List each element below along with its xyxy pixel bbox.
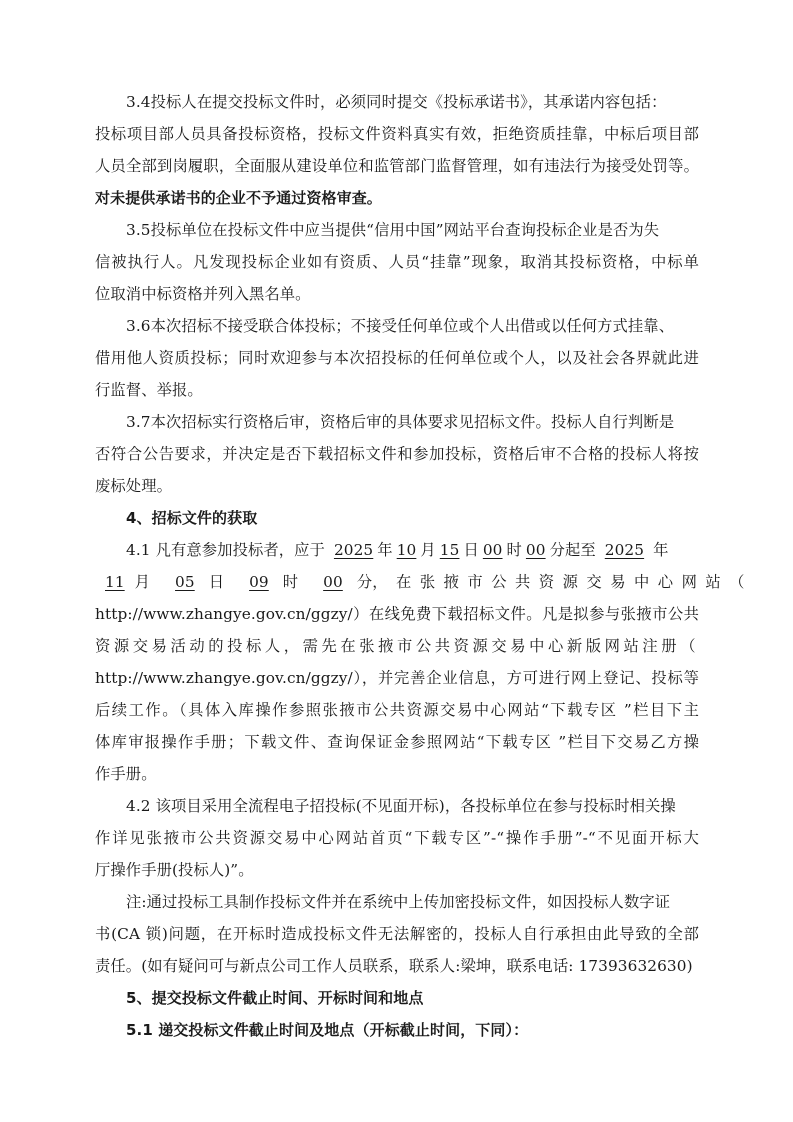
para-4-1-line-4: 资源交易活动的投标人，需先在张掖市公共资源交易中心新版网站注册（ <box>95 630 699 662</box>
minute-label-from: 分起至 <box>550 541 596 559</box>
para-4-1-line-6: 后续工作。（具体入库操作参照张掖市公共资源交易中心网站“下载专区 ”栏目下主 <box>95 694 699 726</box>
para-3-4-line-3: 人员全部到岗履职，全面服从建设单位和监管部门监督管理，如有违法行为接受处罚等。 <box>95 150 699 182</box>
para-4-2-line-2: 作详见张掖市公共资源交易中心网站首页“下载专区”-“操作手册”-“不见面开标大 <box>95 822 699 854</box>
para-3-6-line-3: 行监督、举报。 <box>95 374 699 406</box>
document-page: 3.4投标人在提交投标文件时，必须同时提交《投标承诺书》，其承诺内容包括： 投标… <box>95 86 699 1046</box>
section-4-heading: 4、招标文件的获取 <box>95 502 699 534</box>
month-label: 月 <box>420 541 435 559</box>
end-day: 05 <box>161 573 209 591</box>
para-3-6-line-1: 3.6本次招标不接受联合体投标；不接受任何单位或个人出借或以任何方式挂靠、 <box>95 310 699 342</box>
para-3-5-line-1: 3.5投标单位在投标文件中应当提供“信用中国”网站平台查询投标企业是否为失 <box>95 214 699 246</box>
para-3-7-line-3: 废标处理。 <box>95 470 699 502</box>
para-4-1-line-2: 11月 05日 09时 00分，在张掖市公共资源交易中心网站（ <box>95 566 699 598</box>
para-4-1-line-3: http://www.zhangye.gov.cn/ggzy/）在线免费下载招标… <box>95 598 699 630</box>
start-year: 2025 <box>330 541 377 559</box>
start-hour: 00 <box>479 541 507 559</box>
start-minute: 00 <box>522 541 550 559</box>
para-4-1-line-1: 4.1 凡有意参加投标者，应于 2025年10月15日00时00分起至 2025… <box>95 534 699 566</box>
start-day: 15 <box>436 541 464 559</box>
minute-label: 分 <box>357 573 372 591</box>
para-4-1-line-5: http://www.zhangye.gov.cn/ggzy/），并完善企业信息… <box>95 662 699 694</box>
month-label-2: 月 <box>135 573 150 591</box>
section-5-heading: 5、提交投标文件截止时间、开标时间和地点 <box>95 982 699 1014</box>
note-line-2: 书(CA 锁)问题，在开标时造成投标文件无法解密的，投标人自行承担由此导致的全部 <box>95 918 699 950</box>
year-label-2: 年 <box>653 541 668 559</box>
end-year: 2025 <box>601 541 648 559</box>
section-5-1-heading: 5.1 递交投标文件截止时间及地点（开标截止时间，下同）： <box>95 1014 699 1046</box>
para-3-7-line-2: 否符合公告要求，并决定是否下载招标文件和参加投标，资格后审不合格的投标人将按 <box>95 438 699 470</box>
para-3-4-line-2: 投标项目部人员具备投标资格，投标文件资料真实有效，拒绝资质挂靠，中标后项目部 <box>95 118 699 150</box>
para-3-5-line-3: 位取消中标资格并列入黑名单。 <box>95 278 699 310</box>
para-3-4-bold-note: 对未提供承诺书的企业不予通过资格审查。 <box>95 182 699 214</box>
end-minute: 00 <box>309 573 357 591</box>
para-3-5-line-2: 信被执行人。凡发现投标企业如有资质、人员“挂靠”现象，取消其投标资格，中标单 <box>95 246 699 278</box>
day-label: 日 <box>463 541 478 559</box>
end-hour: 09 <box>235 573 283 591</box>
para-4-1-line-7: 体库审报操作手册；下载文件、查询保证金参照网站“下载专区 ”栏目下交易乙方操 <box>95 726 699 758</box>
para-4-1-line-2-tail: ，在张掖市公共资源交易中心网站（ <box>372 573 753 591</box>
para-3-4-line-1: 3.4投标人在提交投标文件时，必须同时提交《投标承诺书》，其承诺内容包括： <box>95 86 699 118</box>
para-3-7-line-1: 3.7本次招标实行资格后审，资格后审的具体要求见招标文件。投标人自行判断是 <box>95 406 699 438</box>
start-month: 10 <box>393 541 421 559</box>
note-line-3: 责任。(如有疑问可与新点公司工作人员联系，联系人:梁坤，联系电话: 173936… <box>95 950 699 982</box>
para-4-2-line-3: 厅操作手册(投标人)”。 <box>95 854 699 886</box>
hour-label-2: 时 <box>283 573 298 591</box>
para-4-1-prefix: 4.1 凡有意参加投标者，应于 <box>126 541 325 559</box>
note-line-1: 注:通过投标工具制作投标文件并在系统中上传加密投标文件，如因投标人数字证 <box>95 886 699 918</box>
hour-label: 时 <box>507 541 522 559</box>
para-3-6-line-2: 借用他人资质投标；同时欢迎参与本次招投标的任何单位或个人，以及社会各界就此进 <box>95 342 699 374</box>
end-month: 11 <box>95 573 135 591</box>
year-label: 年 <box>377 541 392 559</box>
para-4-1-line-8: 作手册。 <box>95 758 699 790</box>
day-label-2: 日 <box>209 573 224 591</box>
para-4-2-line-1: 4.2 该项目采用全流程电子招投标(不见面开标)，各投标单位在参与投标时相关操 <box>95 790 699 822</box>
